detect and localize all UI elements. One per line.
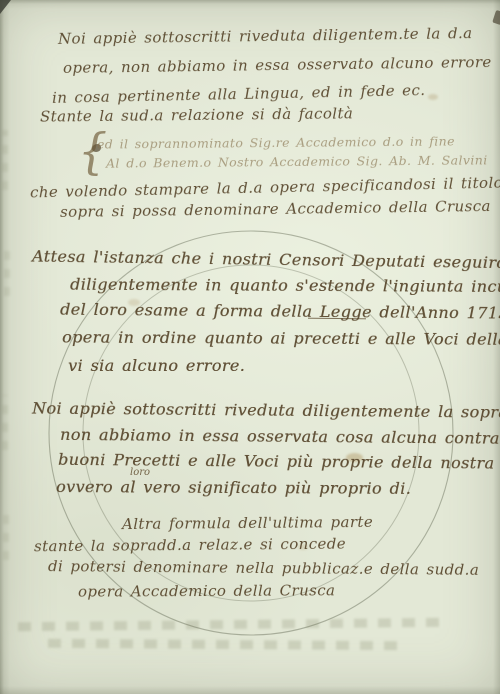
bleedthrough-line — [18, 618, 448, 632]
bleedthrough-line — [48, 639, 408, 651]
bleedthrough-margin-mark — [2, 395, 8, 450]
manuscript-scan: { Noi appiè sottoscritti riveduta dilige… — [0, 0, 500, 694]
manuscript-line: buoni Precetti e alle Voci più proprie d… — [58, 450, 500, 473]
scan-corner-shadow-top-left — [0, 0, 11, 14]
manuscript-line: Attesa l'istanza che i nostri Censori De… — [32, 247, 500, 273]
manuscript-line-faint: Al d.o Benem.o Nostro Accademico Sig. Ab… — [106, 152, 488, 170]
manuscript-line: non abbiamo in essa osservata cosa alcun… — [60, 425, 500, 448]
manuscript-line: in cosa pertinente alla Lingua, ed in fe… — [52, 81, 426, 107]
manuscript-line: Altra formula dell'ultima parte — [122, 513, 373, 533]
manuscript-line: Noi appiè sottoscritti riveduta diligent… — [58, 24, 473, 48]
manuscript-line: ovvero al vero significato più proprio d… — [56, 477, 411, 498]
manuscript-line: diligentemente in quanto s'estende l'ing… — [70, 275, 500, 297]
manuscript-line-faint: ed il soprannominato Sig.re Accademico d… — [97, 133, 455, 151]
scan-edge-mark-top-right — [492, 10, 500, 25]
interline-insertion: loro — [130, 467, 150, 478]
manuscript-line: opera Accademico della Crusca — [78, 581, 335, 600]
manuscript-line: del loro esame a forma della Legge dell'… — [60, 300, 500, 324]
manuscript-line: di potersi denominare nella pubblicaz.e … — [48, 557, 479, 579]
bleedthrough-margin-mark — [3, 515, 9, 560]
manuscript-line: stante la sopradd.a relaz.e si concede — [34, 535, 346, 556]
bleedthrough-margin-mark — [2, 130, 8, 190]
manuscript-line: sopra si possa denominare Accademico del… — [60, 197, 491, 221]
manuscript-line: Noi appiè sottoscritti riveduta diligent… — [32, 399, 500, 423]
manuscript-line: vi sia alcuno errore. — [68, 356, 245, 375]
manuscript-line: opera in ordine quanto ai precetti e all… — [62, 327, 500, 349]
bleedthrough-margin-mark — [4, 246, 10, 296]
manuscript-line: Stante la sud.a relazione si dà facoltà — [40, 104, 353, 125]
manuscript-line: opera, non abbiamo in essa osservato alc… — [63, 53, 492, 77]
foxing-spot — [428, 94, 438, 100]
